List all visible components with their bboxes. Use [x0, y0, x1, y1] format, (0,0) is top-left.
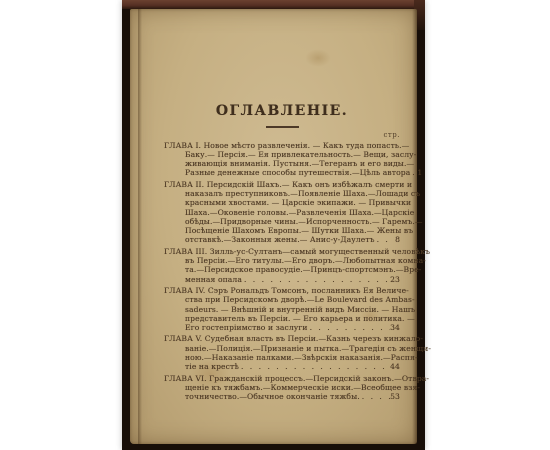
- toc-line: sadeurs. — Внѣшній и внутренній видъ Мис…: [164, 305, 400, 314]
- photo-background: ОГЛАВЛЕНІЕ. стр. ГЛАВА I. Новое мѣсто ра…: [0, 0, 550, 450]
- toc-entry: ГЛАВА V. Судебная власть въ Персіи.—Казн…: [164, 334, 400, 371]
- toc-line: ГЛАВА II. Персидскій Шахъ.— Какъ онъ изб…: [164, 180, 400, 189]
- book-cover-top-edge: [122, 0, 425, 9]
- toc-entry: ГЛАВА II. Персидскій Шахъ.— Какъ онъ изб…: [164, 180, 400, 245]
- toc-entry: ГЛАВА VI. Гражданскій процессъ.—Персидск…: [164, 374, 400, 402]
- page-number: 1: [414, 168, 422, 177]
- page-number: 44: [390, 362, 400, 371]
- toc-line: живающія вниманія. Пустыня.—Тегеранъ и е…: [164, 159, 400, 168]
- toc-line: представитель въ Персіи. — Его карьера и…: [164, 314, 400, 323]
- toc-line-last: менная опала. . . . . . . . . . . . . . …: [164, 275, 400, 284]
- toc-line: ГЛАВА VI. Гражданскій процессъ.—Персидск…: [164, 374, 400, 383]
- dot-leader: . . . . . . . . . . . . . . . . . . . . …: [410, 168, 414, 177]
- toc-line: красными хвостами. — Царскіе экипажи. — …: [164, 198, 400, 207]
- book-page: ОГЛАВЛЕНІЕ. стр. ГЛАВА I. Новое мѣсто ра…: [130, 9, 417, 444]
- toc-line: Шаха.—Оковеніе головы.—Развлеченія Шаха.…: [164, 208, 400, 217]
- toc-line: Баку.— Персія.— Ея привлекательность.— В…: [164, 150, 400, 159]
- toc-line: наказалъ преступниковъ.—Появленіе Шаха.—…: [164, 189, 400, 198]
- toc-line-text: Его гостепріимство и заслуги: [185, 323, 308, 332]
- toc-line: ною.—Наказаніе палками.—Звѣрскія наказан…: [164, 353, 400, 362]
- toc-entries: ГЛАВА I. Новое мѣсто развлеченія. — Какъ…: [164, 141, 400, 402]
- toc-entry: ГЛАВА IV. Сэръ Рональдъ Томсонъ, посланн…: [164, 286, 400, 332]
- toc-line-last: Его гостепріимство и заслуги. . . . . . …: [164, 323, 400, 332]
- toc-line: ГЛАВА V. Судебная власть въ Персіи.—Казн…: [164, 334, 400, 343]
- dot-leader: . . . . . . . . . . . . . . . . . . . . …: [239, 362, 390, 371]
- toc-line: ГЛАВА I. Новое мѣсто развлеченія. — Какъ…: [164, 141, 400, 150]
- toc-line-last: отставкѣ.—Законныя жены.— Анис-у-Даулетъ…: [164, 235, 400, 244]
- toc-line: ства при Персидскомъ дворѣ.—Le Boulevard…: [164, 295, 400, 304]
- dot-leader: . . . . . . . . . . . . . . . . . . . . …: [308, 323, 391, 332]
- toc-line-text: менная опала: [185, 275, 242, 284]
- toc-entry: ГЛАВА I. Новое мѣсто развлеченія. — Какъ…: [164, 141, 400, 178]
- toc-line: ГЛАВА IV. Сэръ Рональдъ Томсонъ, посланн…: [164, 286, 400, 295]
- dot-leader: . . . . . . . . . . . . . . . . . . . . …: [242, 275, 390, 284]
- page-number: 23: [390, 275, 400, 284]
- toc-line-last: тіе на крестѣ. . . . . . . . . . . . . .…: [164, 362, 400, 371]
- toc-line-last: точничество.—Обычное окончаніе тяжбы.. .…: [164, 392, 400, 401]
- page-number: 53: [390, 392, 400, 401]
- toc-line-text: точничество.—Обычное окончаніе тяжбы.: [185, 392, 360, 401]
- page-title: ОГЛАВЛЕНІЕ.: [164, 104, 400, 118]
- page-column-header: стр.: [164, 131, 400, 139]
- toc-text-block: ОГЛАВЛЕНІЕ. стр. ГЛАВА I. Новое мѣсто ра…: [164, 9, 400, 444]
- book-photo: ОГЛАВЛЕНІЕ. стр. ГЛАВА I. Новое мѣсто ра…: [122, 0, 425, 450]
- toc-line: въ Персіи.—Его титулы.—Его дворъ.—Любопы…: [164, 256, 400, 265]
- toc-line: ваніе.—Полиція.—Признаніе и пытка.—Траге…: [164, 344, 400, 353]
- page-number: 34: [390, 323, 400, 332]
- dot-leader: . . . . . . . . . . . . . . . . . . . . …: [360, 392, 390, 401]
- toc-line: обѣды.—Придворные чины.—Испорченность.— …: [164, 217, 400, 226]
- toc-line: щеніе къ тяжбамъ.—Коммерческіе иски.—Все…: [164, 383, 400, 392]
- toc-line: та.—Персидское правосудіе.—Принцъ-спортс…: [164, 265, 400, 274]
- toc-line-last: Разные денежные способы путешествія.—Цѣл…: [164, 168, 400, 177]
- toc-line-text: Разные денежные способы путешествія.—Цѣл…: [185, 168, 410, 177]
- title-rule: [266, 126, 299, 128]
- dot-leader: . . . . . . . . . . . . . . . . . . . . …: [375, 235, 392, 244]
- toc-line: ГЛАВА III. Зилль-ус-Султанъ—самый могуще…: [164, 247, 400, 256]
- toc-line: Посѣщеніе Шахомъ Европы.— Шутки Шаха.— Ж…: [164, 226, 400, 235]
- toc-entry: ГЛАВА III. Зилль-ус-Султанъ—самый могуще…: [164, 247, 400, 284]
- toc-line-text: тіе на крестѣ: [185, 362, 239, 371]
- toc-line-text: отставкѣ.—Законныя жены.— Анис-у-Даулетъ: [185, 235, 375, 244]
- page-number: 8: [392, 235, 400, 244]
